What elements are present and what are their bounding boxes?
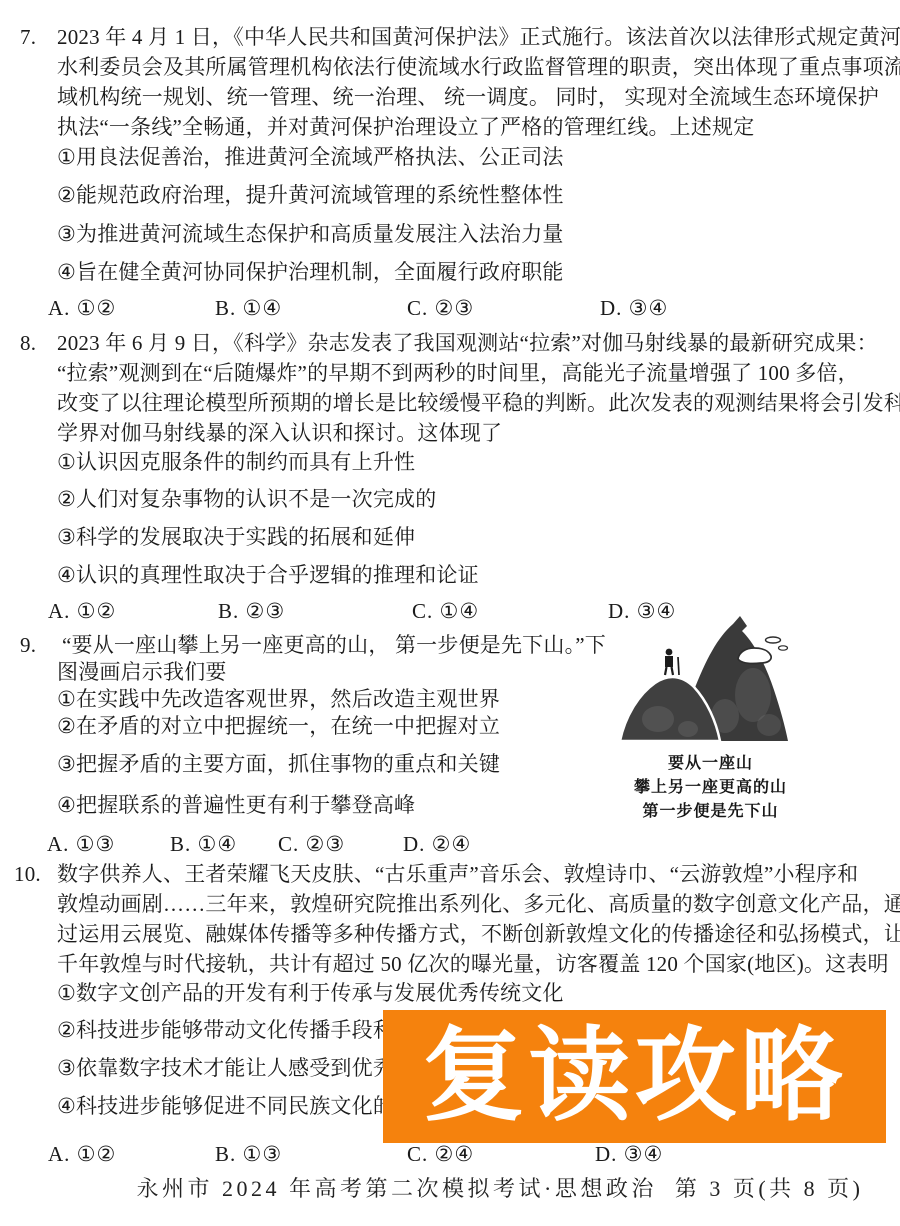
q10-line: 过运用云展览、融媒体传播等多种传播方式，不断创新敦煌文化的传播途径和弘扬模式，让: [57, 921, 900, 948]
q9-option: ③把握矛盾的主要方面，抓住事物的重点和关键: [57, 751, 500, 778]
q7-option: ③为推进黄河流域生态保护和高质量发展注入法治力量: [57, 221, 564, 248]
q10-number: 10.: [14, 861, 41, 888]
q9-line: 图漫画启示我们要: [57, 659, 227, 686]
orange-sticker-overlay: 复读攻略: [383, 1010, 886, 1143]
q9-answer-d: D. ②④: [403, 831, 471, 858]
q9-option: ④把握联系的普遍性更有利于攀登高峰: [57, 792, 415, 819]
q8-option: ③科学的发展取决于实践的拓展和延伸: [57, 524, 415, 551]
mountain-cartoon-image: [612, 613, 844, 753]
page-footer: 永州市 2024 年高考第二次模拟考试·思想政治 第 3 页(共 8 页): [137, 1172, 864, 1203]
q10-option: ④科技进步能够促进不同民族文化的: [57, 1093, 394, 1120]
q9-option: ①在实践中先改造客观世界，然后改造主观世界: [57, 686, 500, 713]
cartoon-caption-line: 第一步便是先下山: [608, 798, 813, 821]
q8-number: 8.: [20, 330, 36, 357]
climber-figure: [665, 649, 679, 675]
q8-option: ①认识因克服条件的制约而具有上升性: [57, 449, 415, 476]
q7-answer-a: A. ①②: [48, 295, 116, 322]
q8-answer-b: B. ②③: [218, 598, 285, 625]
q8-line: 2023 年 6 月 9 日，《科学》杂志发表了我国观测站“拉索”对伽马射线暴的…: [57, 330, 878, 357]
q8-line: 改变了以往理论模型所预期的增长是比较缓慢平稳的判断。此次发表的观测结果将会引发科: [57, 390, 900, 417]
q7-option: ④旨在健全黄河协同保护治理机制，全面履行政府职能: [57, 259, 564, 286]
overlay-text: 复读攻略: [423, 1026, 847, 1128]
cartoon-caption-line: 攀上另一座更高的山: [608, 774, 813, 797]
q9-answer-c: C. ②③: [278, 831, 345, 858]
q9-number: 9.: [20, 632, 36, 659]
q10-line: 千年敦煌与时代接轨，共计有超过 50 亿次的曝光量，访客覆盖 120 个国家(地…: [57, 951, 889, 978]
q7-line: 域机构统一规划、统一管理、统一治理、 统一调度。 同时， 实现对全流域生态环境保…: [57, 84, 879, 111]
cartoon-caption-line: 要从一座山: [608, 750, 813, 773]
q8-line: “拉索”观测到在“后随爆炸”的早期不到两秒的时间里，高能光子流量增强了 100 …: [57, 360, 859, 387]
q10-option: ②科技进步能够带动文化传播手段和: [57, 1017, 394, 1044]
q7-answer-d: D. ③④: [600, 295, 668, 322]
q7-option: ①用良法促善治，推进黄河全流域严格执法、公正司法: [57, 144, 564, 171]
q10-answer-d: D. ③④: [595, 1141, 663, 1168]
q7-line: 执法“一条线”全畅通，并对黄河保护治理设立了严格的管理红线。上述规定: [57, 114, 754, 141]
q10-option: ③依靠数字技术才能让人感受到优秀: [57, 1055, 394, 1082]
q8-option: ②人们对复杂事物的认识不是一次完成的: [57, 486, 436, 513]
q9-answer-b: B. ①④: [170, 831, 237, 858]
q9-answer-a: A. ①③: [47, 831, 115, 858]
q8-answer-a: A. ①②: [48, 598, 116, 625]
q7-line: 水利委员会及其所属管理机构依法行使流域水行政监督管理的职责，突出体现了重点事项流: [57, 54, 900, 81]
q10-line: 数字供养人、王者荣耀飞天皮肤、“古乐重声”音乐会、敦煌诗巾、“云游敦煌”小程序和: [57, 861, 858, 888]
q10-answer-c: C. ②④: [407, 1141, 474, 1168]
q7-answer-b: B. ①④: [215, 295, 282, 322]
q10-option: ①数字文创产品的开发有利于传承与发展优秀传统文化: [57, 980, 564, 1007]
q7-line: 2023 年 4 月 1 日，《中华人民共和国黄河保护法》正式施行。该法首次以法…: [57, 24, 900, 51]
q9-option: ②在矛盾的对立中把握统一，在统一中把握对立: [57, 713, 500, 740]
q10-answer-b: B. ①③: [215, 1141, 282, 1168]
q8-line: 学界对伽马射线暴的深入认识和探讨。这体现了: [57, 420, 502, 447]
q7-option: ②能规范政府治理，提升黄河流域管理的系统性整体性: [57, 182, 564, 209]
q10-line: 敦煌动画剧……三年来，敦煌研究院推出系列化、多元化、高质量的数字创意文化产品，通: [57, 891, 900, 918]
q10-answer-a: A. ①②: [48, 1141, 116, 1168]
q9-line: “要从一座山攀上另一座更高的山， 第一步便是先下山。”下: [62, 632, 606, 659]
q7-number: 7.: [20, 24, 36, 51]
exam-page: 7. 2023 年 4 月 1 日，《中华人民共和国黄河保护法》正式施行。该法首…: [0, 0, 900, 1226]
q8-answer-c: C. ①④: [412, 598, 479, 625]
q8-option: ④认识的真理性取决于合乎逻辑的推理和论证: [57, 562, 479, 589]
q7-answer-c: C. ②③: [407, 295, 474, 322]
